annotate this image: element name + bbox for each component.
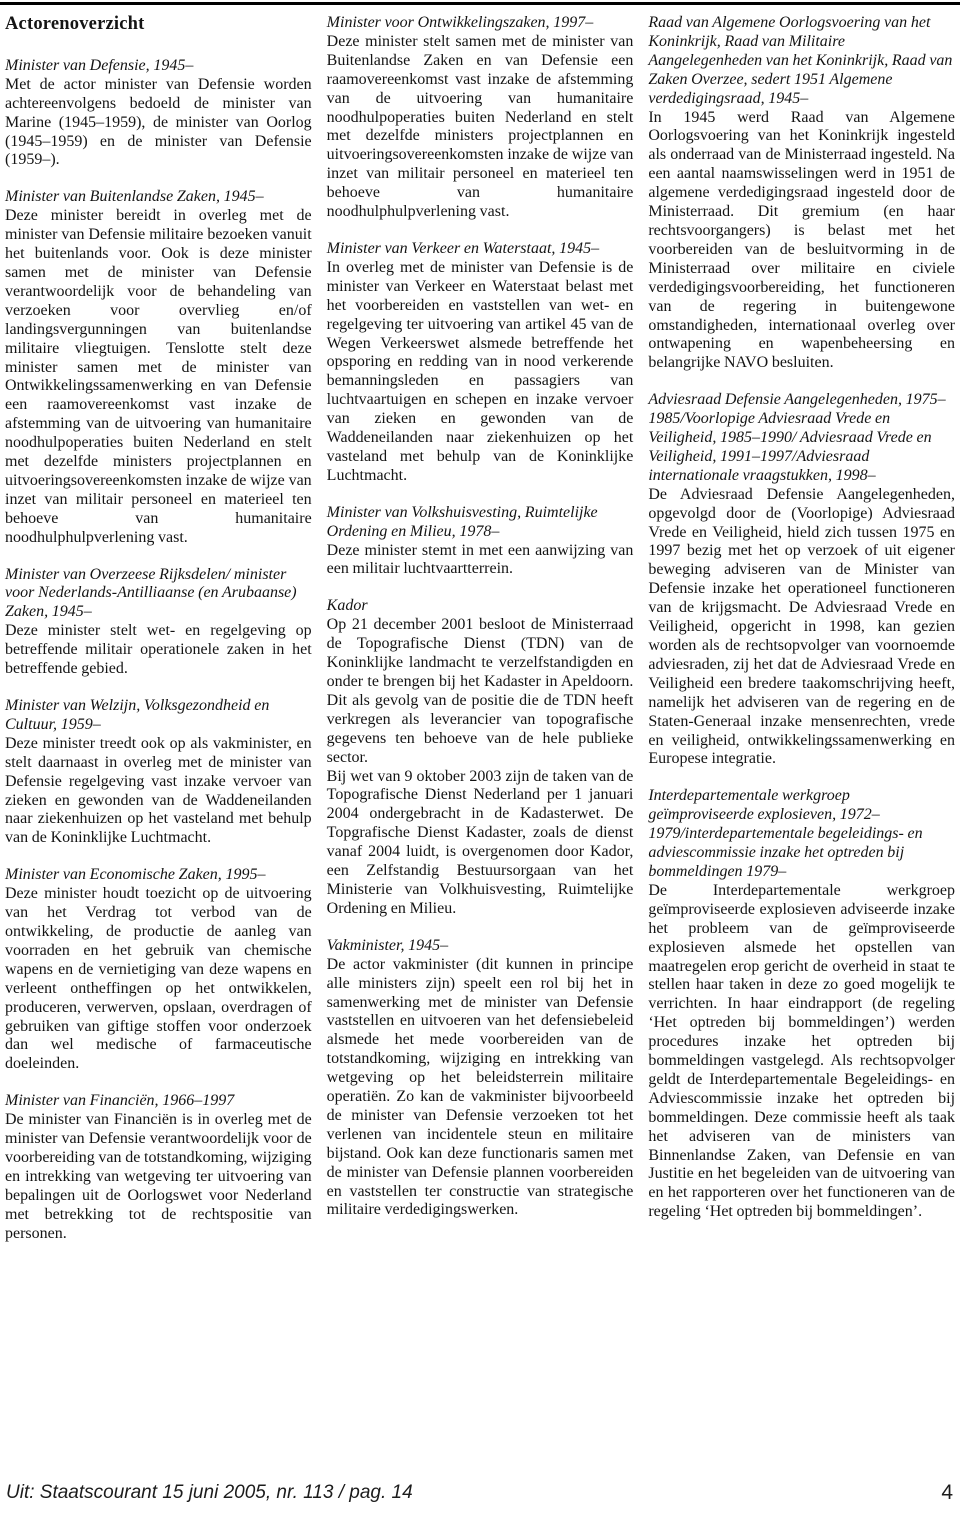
actor-entry: Minister van Buitenlandse Zaken, 1945– D… [5,188,312,547]
actor-entry-body: Met de actor minister van Defensie worde… [5,76,312,171]
actor-entry-body: In 1945 werd Raad van Algemene Oorlogsvo… [648,109,955,374]
actor-entry-body: In overleg met de minister van Defensie … [327,259,634,486]
actor-entry-heading: Vakminister, 1945– [327,937,634,956]
actor-entry-heading: Raad van Algemene Oorlogsvoering van het… [648,14,955,109]
footer-source: Uit: Staatscourant 15 juni 2005, nr. 113… [6,1482,413,1504]
actor-entry-body: Deze minister stelt wet- en regelgeving … [5,622,312,679]
actor-entry-body: Deze minister houdt toezicht op de uitvo… [5,885,312,1074]
actor-entry-body: De actor vakminister (dit kunnen in prin… [327,956,634,1221]
actor-entry-heading: Minister voor Ontwikkelingszaken, 1997– [327,14,634,33]
actor-entry-body: Deze minister bereidt in overleg met de … [5,207,312,547]
actor-entry-body: De Interdepartementale werkgroep geïmpro… [648,882,955,1222]
actor-entry-heading: Minister van Defensie, 1945– [5,57,312,76]
actor-entry-body: Deze minister treedt ook op als vakminis… [5,735,312,848]
actor-entry: Raad van Algemene Oorlogsvoering van het… [648,14,955,373]
actor-entry-heading: Minister van Financiën, 1966–1997 [5,1092,312,1111]
top-rule [0,2,960,5]
actor-entry-body: De Adviesraad Defensie Aangelegenheden, … [648,486,955,770]
actor-entry-body: Deze minister stelt samen met de ministe… [327,33,634,222]
actor-entry-heading: Minister van Welzijn, Volksgezondheid en… [5,697,312,735]
actor-entry-body: Op 21 december 2001 besloot de Ministerr… [327,616,634,767]
actor-entry-heading: Minister van Overzeese Rijksdelen/ minis… [5,566,312,623]
actor-entry: Minister voor Ontwikkelingszaken, 1997– … [327,14,634,222]
column-right: Raad van Algemene Oorlogsvoering van het… [648,14,955,1222]
column-middle: Minister voor Ontwikkelingszaken, 1997– … [327,14,634,1220]
column-left: Actorenoverzicht Minister van Defensie, … [5,14,312,1243]
actor-entry: Minister van Volkshuisvesting, Ruimtelij… [327,504,634,580]
actor-entry: Minister van Defensie, 1945– Met de acto… [5,57,312,170]
actor-entry: Minister van Economische Zaken, 1995– De… [5,866,312,1074]
actor-entry-heading: Interdepartementale werkgroep geïmprovis… [648,787,955,882]
actor-entry: Adviesraad Defensie Aangelegenheden, 197… [648,391,955,769]
actor-entry-heading: Minister van Buitenlandse Zaken, 1945– [5,188,312,207]
actor-entry: Minister van Financiën, 1966–1997 De min… [5,1092,312,1243]
actor-entry: Minister van Overzeese Rijksdelen/ minis… [5,566,312,679]
actor-entry: Minister van Verkeer en Waterstaat, 1945… [327,240,634,486]
actor-entry-heading: Minister van Economische Zaken, 1995– [5,866,312,885]
text-columns: Actorenoverzicht Minister van Defensie, … [5,14,955,1243]
actor-entry-body: De minister van Financiën is in overleg … [5,1111,312,1243]
actor-entry-heading: Minister van Volkshuisvesting, Ruimtelij… [327,504,634,542]
actor-entry: Kador Op 21 december 2001 besloot de Min… [327,597,634,918]
actor-entry-heading: Minister van Verkeer en Waterstaat, 1945… [327,240,634,259]
actor-entry: Minister van Welzijn, Volksgezondheid en… [5,697,312,848]
actor-entry-body: Deze minister stemt in met een aanwijzin… [327,542,634,580]
page-title: Actorenoverzicht [5,15,312,34]
actor-entry-body: Bij wet van 9 oktober 2003 zijn de taken… [327,768,634,919]
actor-entry-heading: Adviesraad Defensie Aangelegenheden, 197… [648,391,955,486]
actor-entry: Interdepartementale werkgroep geïmprovis… [648,787,955,1222]
actor-entry-heading: Kador [327,597,634,616]
page-number: 4 [941,1481,953,1505]
actor-entry: Vakminister, 1945– De actor vakminister … [327,937,634,1221]
